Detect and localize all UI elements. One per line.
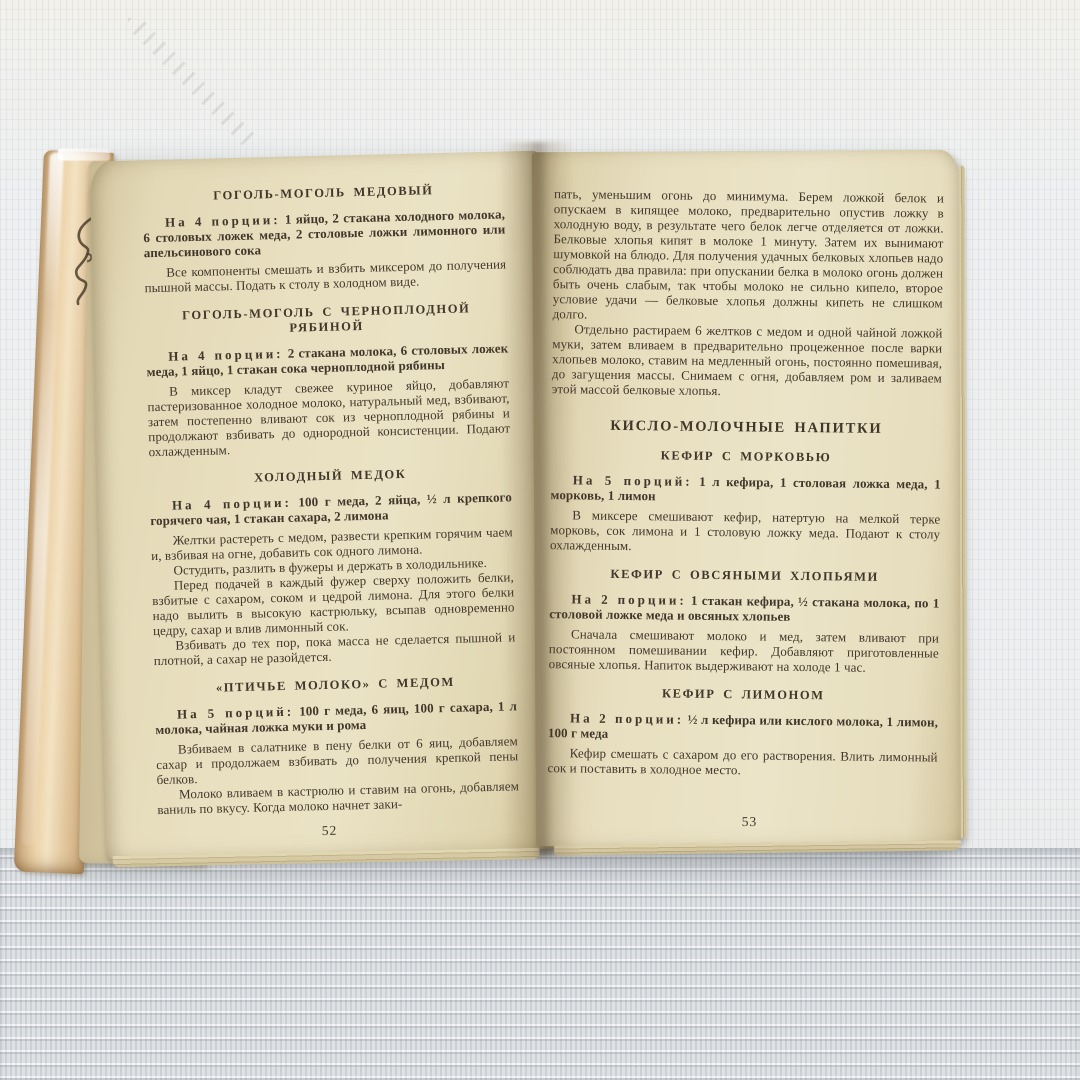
recipe-title: КЕФИР С ЛИМОНОМ <box>548 685 938 704</box>
book-page-left: ГОГОЛЬ-МОГОЛЬ МЕДОВЫЙ На 4 порции: 1 яйц… <box>90 151 554 860</box>
ingredients-line: На 2 порции: ½ л кефира или кислого моло… <box>548 710 938 744</box>
recipe-paragraph: В миксере смешивают кефир, натертую на м… <box>550 507 940 556</box>
ingredients-line: На 2 порции: 1 стакан кефира, ½ стакана … <box>549 591 939 625</box>
recipe-title: КЕФИР С МОРКОВЬЮ <box>551 447 941 466</box>
page-number: 52 <box>106 817 553 844</box>
book-gutter-shadow <box>498 142 581 859</box>
cover-tape-highlight <box>58 148 110 160</box>
photo-scene: ГОГОЛЬ-МОГОЛЬ МЕДОВЫЙ На 4 порции: 1 яйц… <box>0 0 1080 1080</box>
background-fabric-ribbed <box>0 848 1080 1080</box>
recipe-paragraph: В миксер кладут свежее куриное яйцо, доб… <box>147 375 511 459</box>
portions-lead: На 5 порций: <box>573 472 693 488</box>
ingredients-line: На 5 порций: 1 л кефира, 1 столовая ложк… <box>551 472 941 506</box>
ingredients-line: На 4 порции: 1 яйцо, 2 стакана холодного… <box>143 206 506 260</box>
portions-lead: На 2 порции: <box>570 710 684 726</box>
recipe-paragraph: Кефир смешать с сахаром до его растворен… <box>547 745 937 779</box>
recipe-paragraph-continuation: пать, уменьшим огонь до минимума. Берем … <box>553 186 945 325</box>
section-title: КИСЛО-МОЛОЧНЫЕ НАПИТКИ <box>551 418 941 437</box>
recipe-paragraph: Перед подачей в каждый фужер сверху поло… <box>152 569 515 638</box>
recipe-title: ГОГОЛЬ-МОГОЛЬ МЕДОВЫЙ <box>142 181 504 205</box>
recipe-paragraph: Отдельно растираем 6 желтков с медом и о… <box>552 321 943 400</box>
page-left-text-column: ГОГОЛЬ-МОГОЛЬ МЕДОВЫЙ На 4 порции: 1 яйц… <box>142 181 519 817</box>
recipe-title: ГОГОЛЬ-МОГОЛЬ С ЧЕРНОПЛОДНОЙ РЯБИНОЙ <box>145 300 508 339</box>
book-page-right: пать, уменьшим огонь до минимума. Берем … <box>532 150 963 847</box>
page-number: 53 <box>536 813 963 832</box>
recipe-paragraph: Все компоненты смешать и взбить миксером… <box>144 256 507 295</box>
page-right-text-column: пать, уменьшим огонь до минимума. Берем … <box>547 186 944 779</box>
recipe-title: «ПТИЧЬЕ МОЛОКО» С МЕДОМ <box>154 673 516 697</box>
ingredients-line: На 4 порции: 100 г меда, 2 яйца, ½ л кре… <box>150 489 513 528</box>
recipe-paragraph: Сначала смешивают молоко и мед, затем вл… <box>549 626 939 675</box>
recipe-title: ХОЛОДНЫЙ МЕДОК <box>149 464 511 488</box>
recipe-title: КЕФИР С ОВСЯНЫМИ ХЛОПЬЯМИ <box>550 566 940 585</box>
ingredients-line: На 4 порции: 2 стакана молока, 6 столовы… <box>146 340 509 379</box>
ingredients-line: На 5 порций: 100 г меда, 6 яиц, 100 г са… <box>155 698 518 737</box>
portions-lead: На 2 порции: <box>571 591 687 607</box>
